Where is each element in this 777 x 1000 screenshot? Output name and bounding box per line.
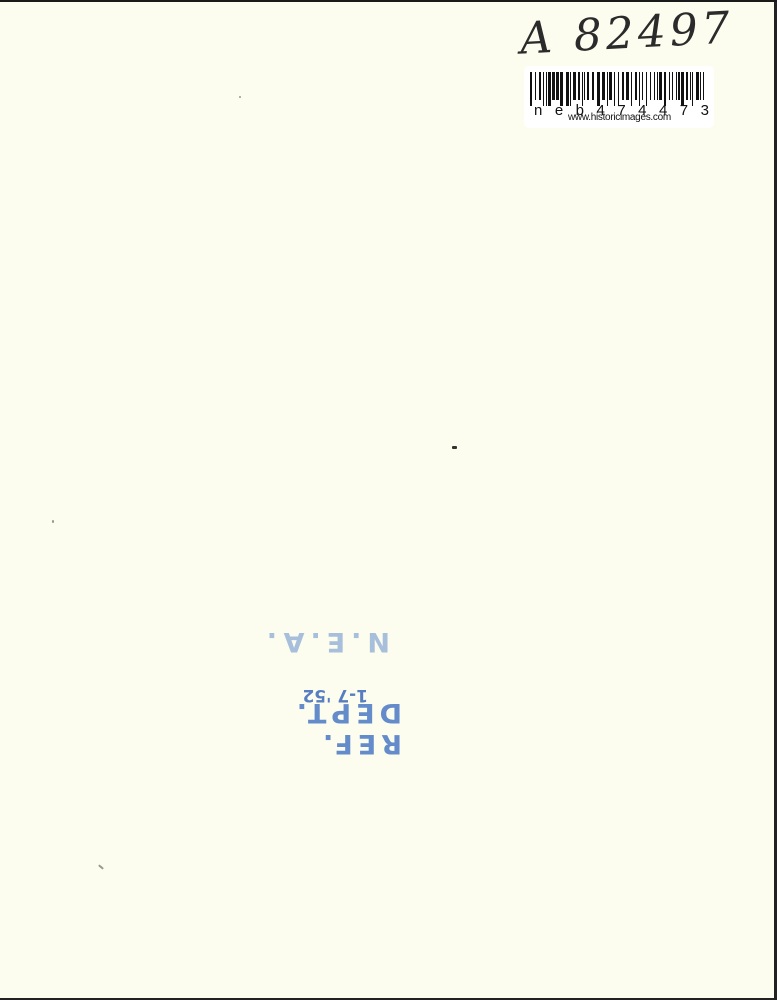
barcode-char: 7 [680,102,688,119]
barcode-char: 3 [701,102,709,119]
barcode-icon [530,72,708,106]
stamp-agency: N.E.A. [261,626,390,657]
dust-speck [239,96,241,98]
barcode-char: e [555,102,563,119]
photo-back-paper: A 82497 n e b 4 7 4 4 7 3 www.historicim… [0,2,777,1000]
barcode-label: n e b 4 7 4 4 7 3 www.historicimages.com [524,66,714,128]
dust-speck [52,520,54,523]
dust-speck [98,864,104,869]
stamp-department: REF. DEPT. [210,697,402,759]
barcode-website: www.historicimages.com [568,112,671,123]
reference-department-stamp: REF. DEPT. 1-7 '52 N.E.A. [210,617,410,767]
stamp-date: 1-7 '52 [303,685,369,705]
barcode-char: n [534,102,542,119]
handwritten-catalog-number: A 82497 [519,2,735,64]
dust-speck [452,446,457,449]
